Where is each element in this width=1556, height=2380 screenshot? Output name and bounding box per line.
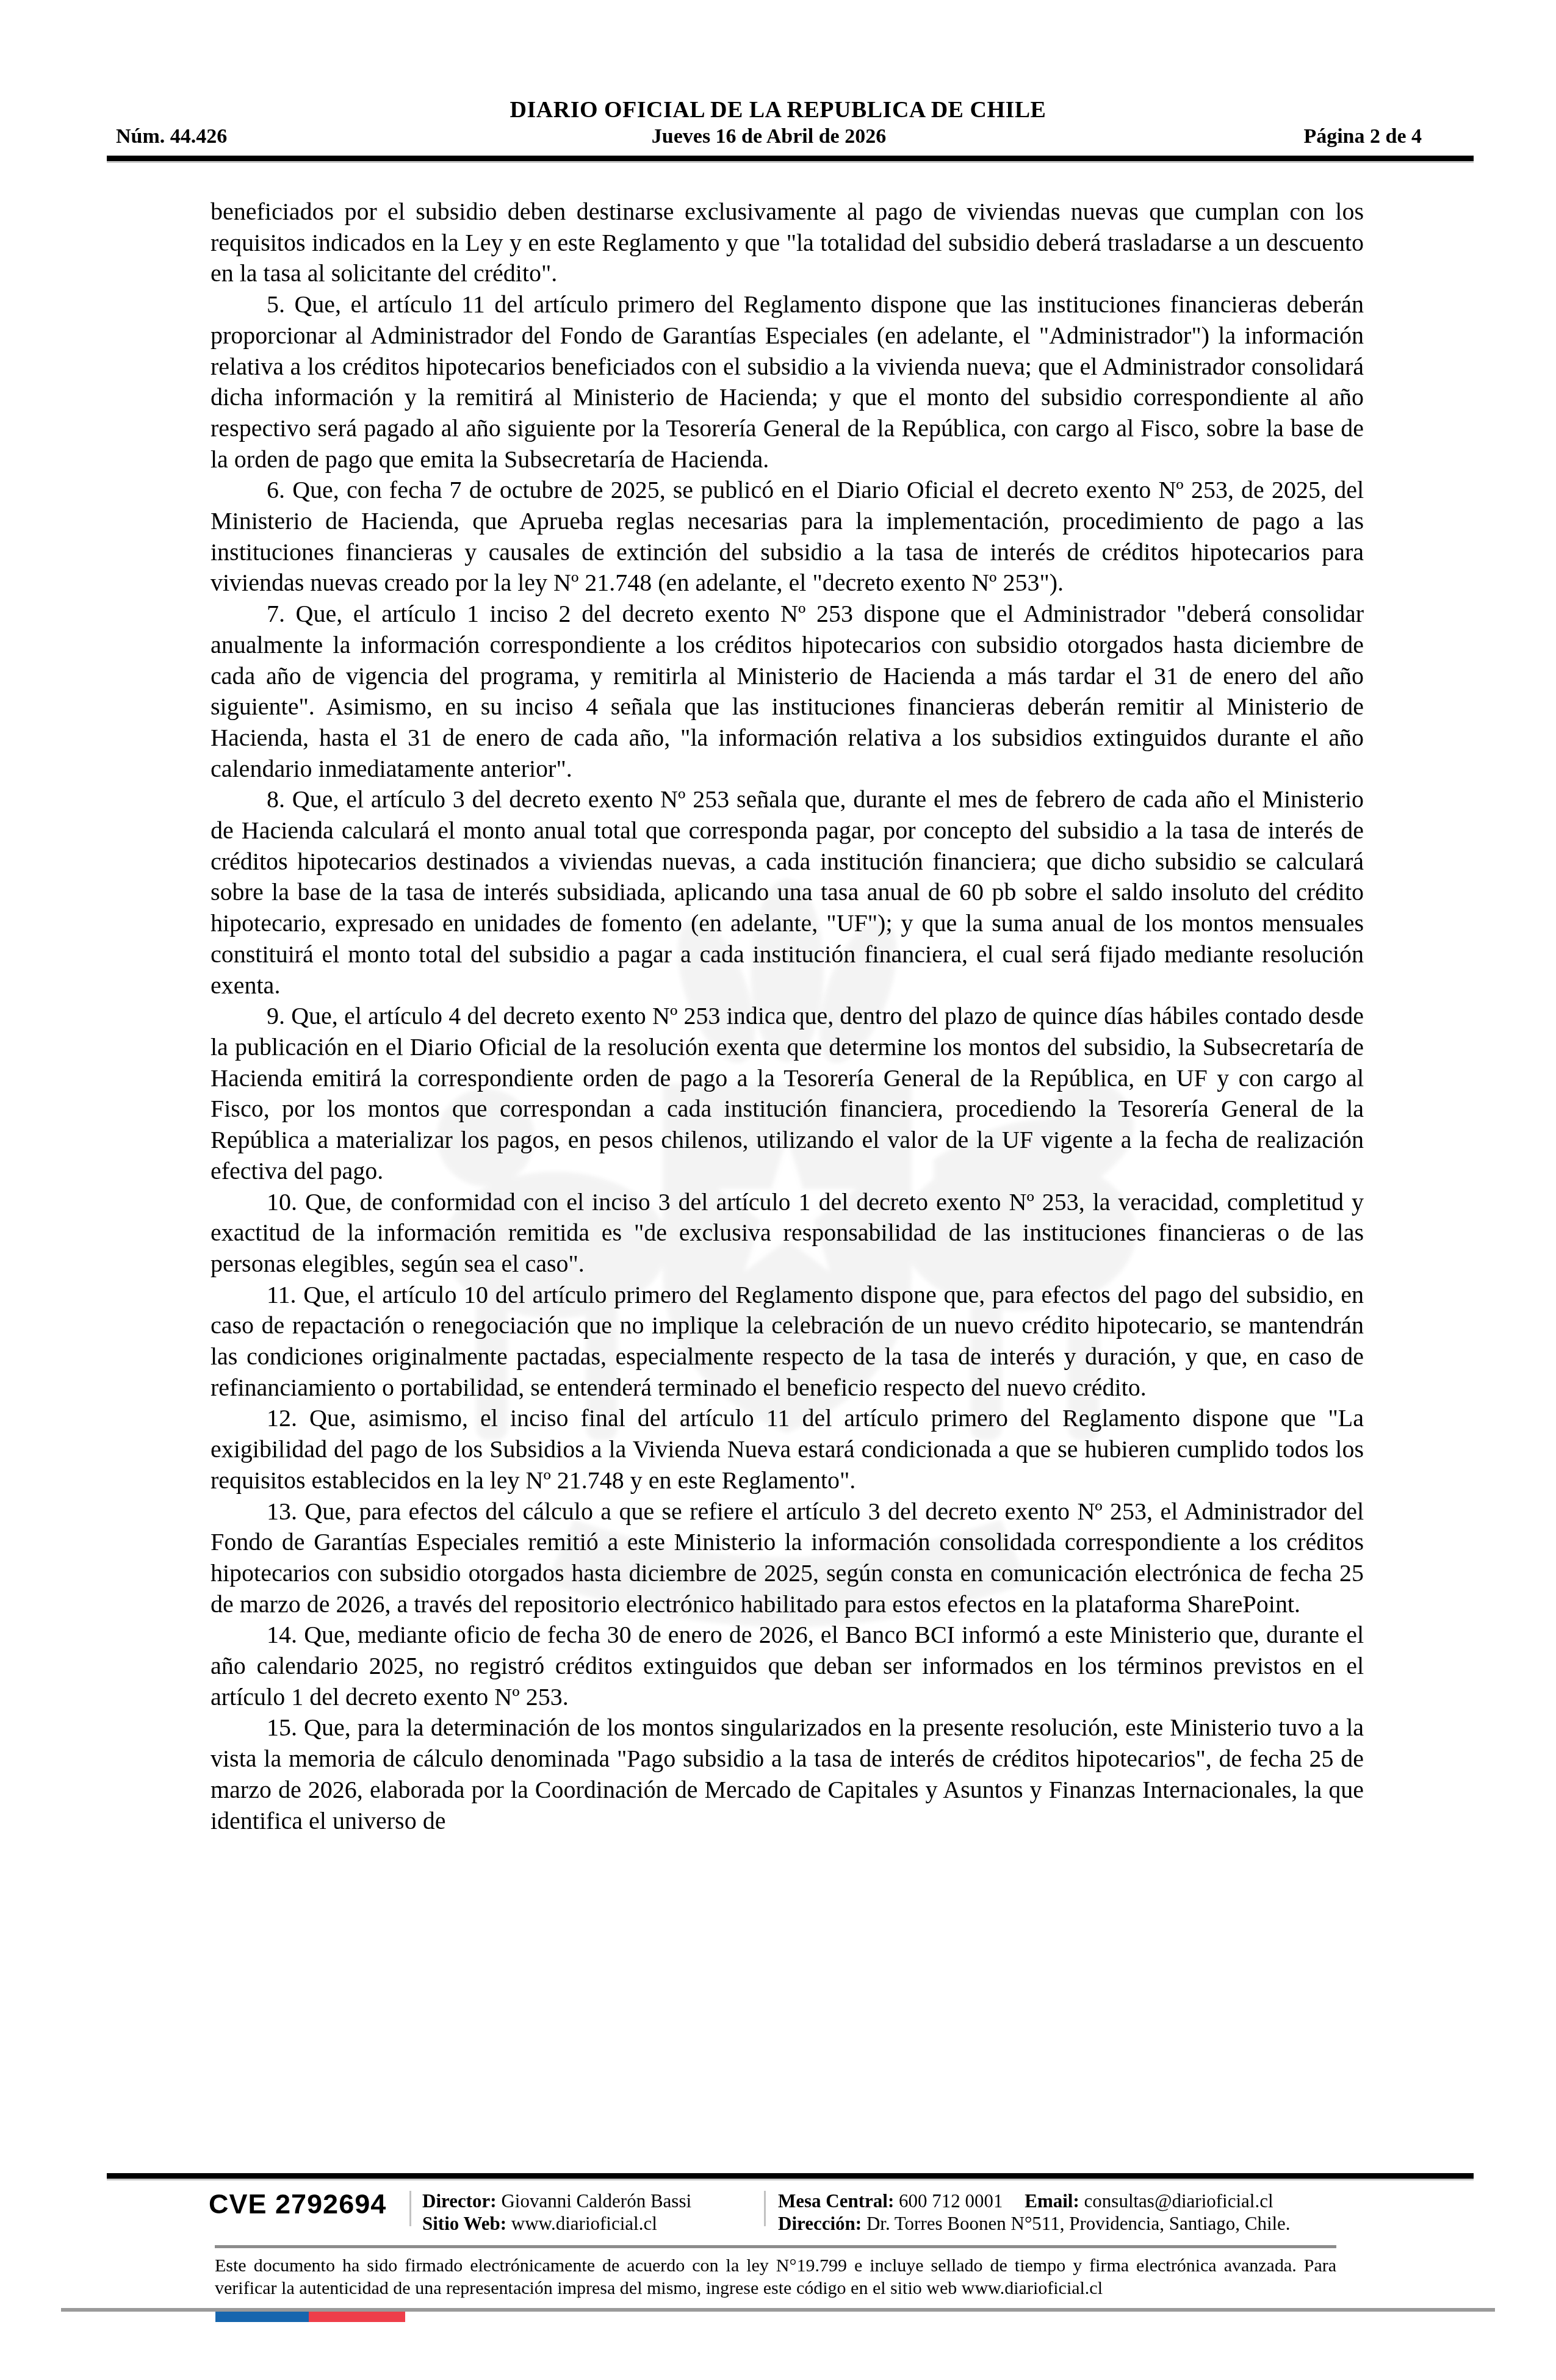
email-label: Email: <box>1025 2190 1079 2212</box>
footer-director-block: Director: Giovanni Calderón Bassi Sitio … <box>422 2190 691 2235</box>
body-paragraph: 12. Que, asimismo, el inciso final del a… <box>211 1403 1364 1496</box>
document-body: beneficiados por el subsidio deben desti… <box>211 197 1364 1836</box>
page-indicator: Página 2 de 4 <box>886 125 1422 148</box>
address-value: Dr. Torres Boonen N°511, Providencia, Sa… <box>866 2213 1291 2234</box>
masthead-title: DIARIO OFICIAL DE LA REPUBLICA DE CHILE <box>0 96 1556 123</box>
website-label: Sitio Web: <box>422 2213 506 2234</box>
footer-contact-block: Mesa Central: 600 712 0001 Email: consul… <box>778 2190 1291 2235</box>
email-value: consultas@diarioficial.cl <box>1084 2190 1273 2212</box>
address-label: Dirección: <box>778 2213 862 2234</box>
director-value: Giovanni Calderón Bassi <box>501 2190 691 2212</box>
body-paragraph: 14. Que, mediante oficio de fecha 30 de … <box>211 1620 1364 1712</box>
cve-code: CVE 2792694 <box>209 2188 386 2220</box>
footer-divider <box>764 2191 766 2226</box>
body-paragraph: beneficiados por el subsidio deben desti… <box>211 197 1364 289</box>
address-line: Dirección: Dr. Torres Boonen N°511, Prov… <box>778 2212 1291 2235</box>
issue-date: Jueves 16 de Abril de 2026 <box>652 125 886 148</box>
director-line: Director: Giovanni Calderón Bassi <box>422 2190 691 2212</box>
body-paragraph: 11. Que, el artículo 10 del artículo pri… <box>211 1280 1364 1404</box>
header-meta-row: Núm. 44.426 Jueves 16 de Abril de 2026 P… <box>116 125 1422 148</box>
mesa-central-label: Mesa Central: <box>778 2190 894 2212</box>
phone-email-line: Mesa Central: 600 712 0001 Email: consul… <box>778 2190 1291 2212</box>
body-paragraph: 10. Que, de conformidad con el inciso 3 … <box>211 1187 1364 1280</box>
body-paragraph: 13. Que, para efectos del cálculo a que … <box>211 1496 1364 1620</box>
chile-flag-ribbon-icon <box>215 2312 405 2322</box>
header-rule <box>107 156 1474 161</box>
signature-disclaimer: Este documento ha sido firmado electróni… <box>215 2254 1336 2299</box>
website-value: www.diarioficial.cl <box>511 2213 657 2234</box>
footer-rule <box>107 2173 1474 2179</box>
mesa-central-value: 600 712 0001 <box>899 2190 1003 2212</box>
body-paragraph: 9. Que, el artículo 4 del decreto exento… <box>211 1001 1364 1186</box>
body-paragraph: 7. Que, el artículo 1 inciso 2 del decre… <box>211 599 1364 784</box>
director-label: Director: <box>422 2190 497 2212</box>
document-page: DIARIO OFICIAL DE LA REPUBLICA DE CHILE … <box>0 0 1556 2380</box>
body-paragraph: 5. Que, el artículo 11 del artículo prim… <box>211 289 1364 475</box>
flag-red-segment <box>309 2312 405 2322</box>
flag-blue-segment <box>215 2312 309 2322</box>
body-paragraph: 6. Que, con fecha 7 de octubre de 2025, … <box>211 475 1364 599</box>
disclaimer-rule <box>215 2245 1336 2248</box>
footer-divider <box>409 2191 411 2226</box>
issue-number: Núm. 44.426 <box>116 125 652 148</box>
body-paragraph: 8. Que, el artículo 3 del decreto exento… <box>211 784 1364 1001</box>
body-paragraph: 15. Que, para la determinación de los mo… <box>211 1712 1364 1836</box>
website-line: Sitio Web: www.diarioficial.cl <box>422 2212 691 2235</box>
